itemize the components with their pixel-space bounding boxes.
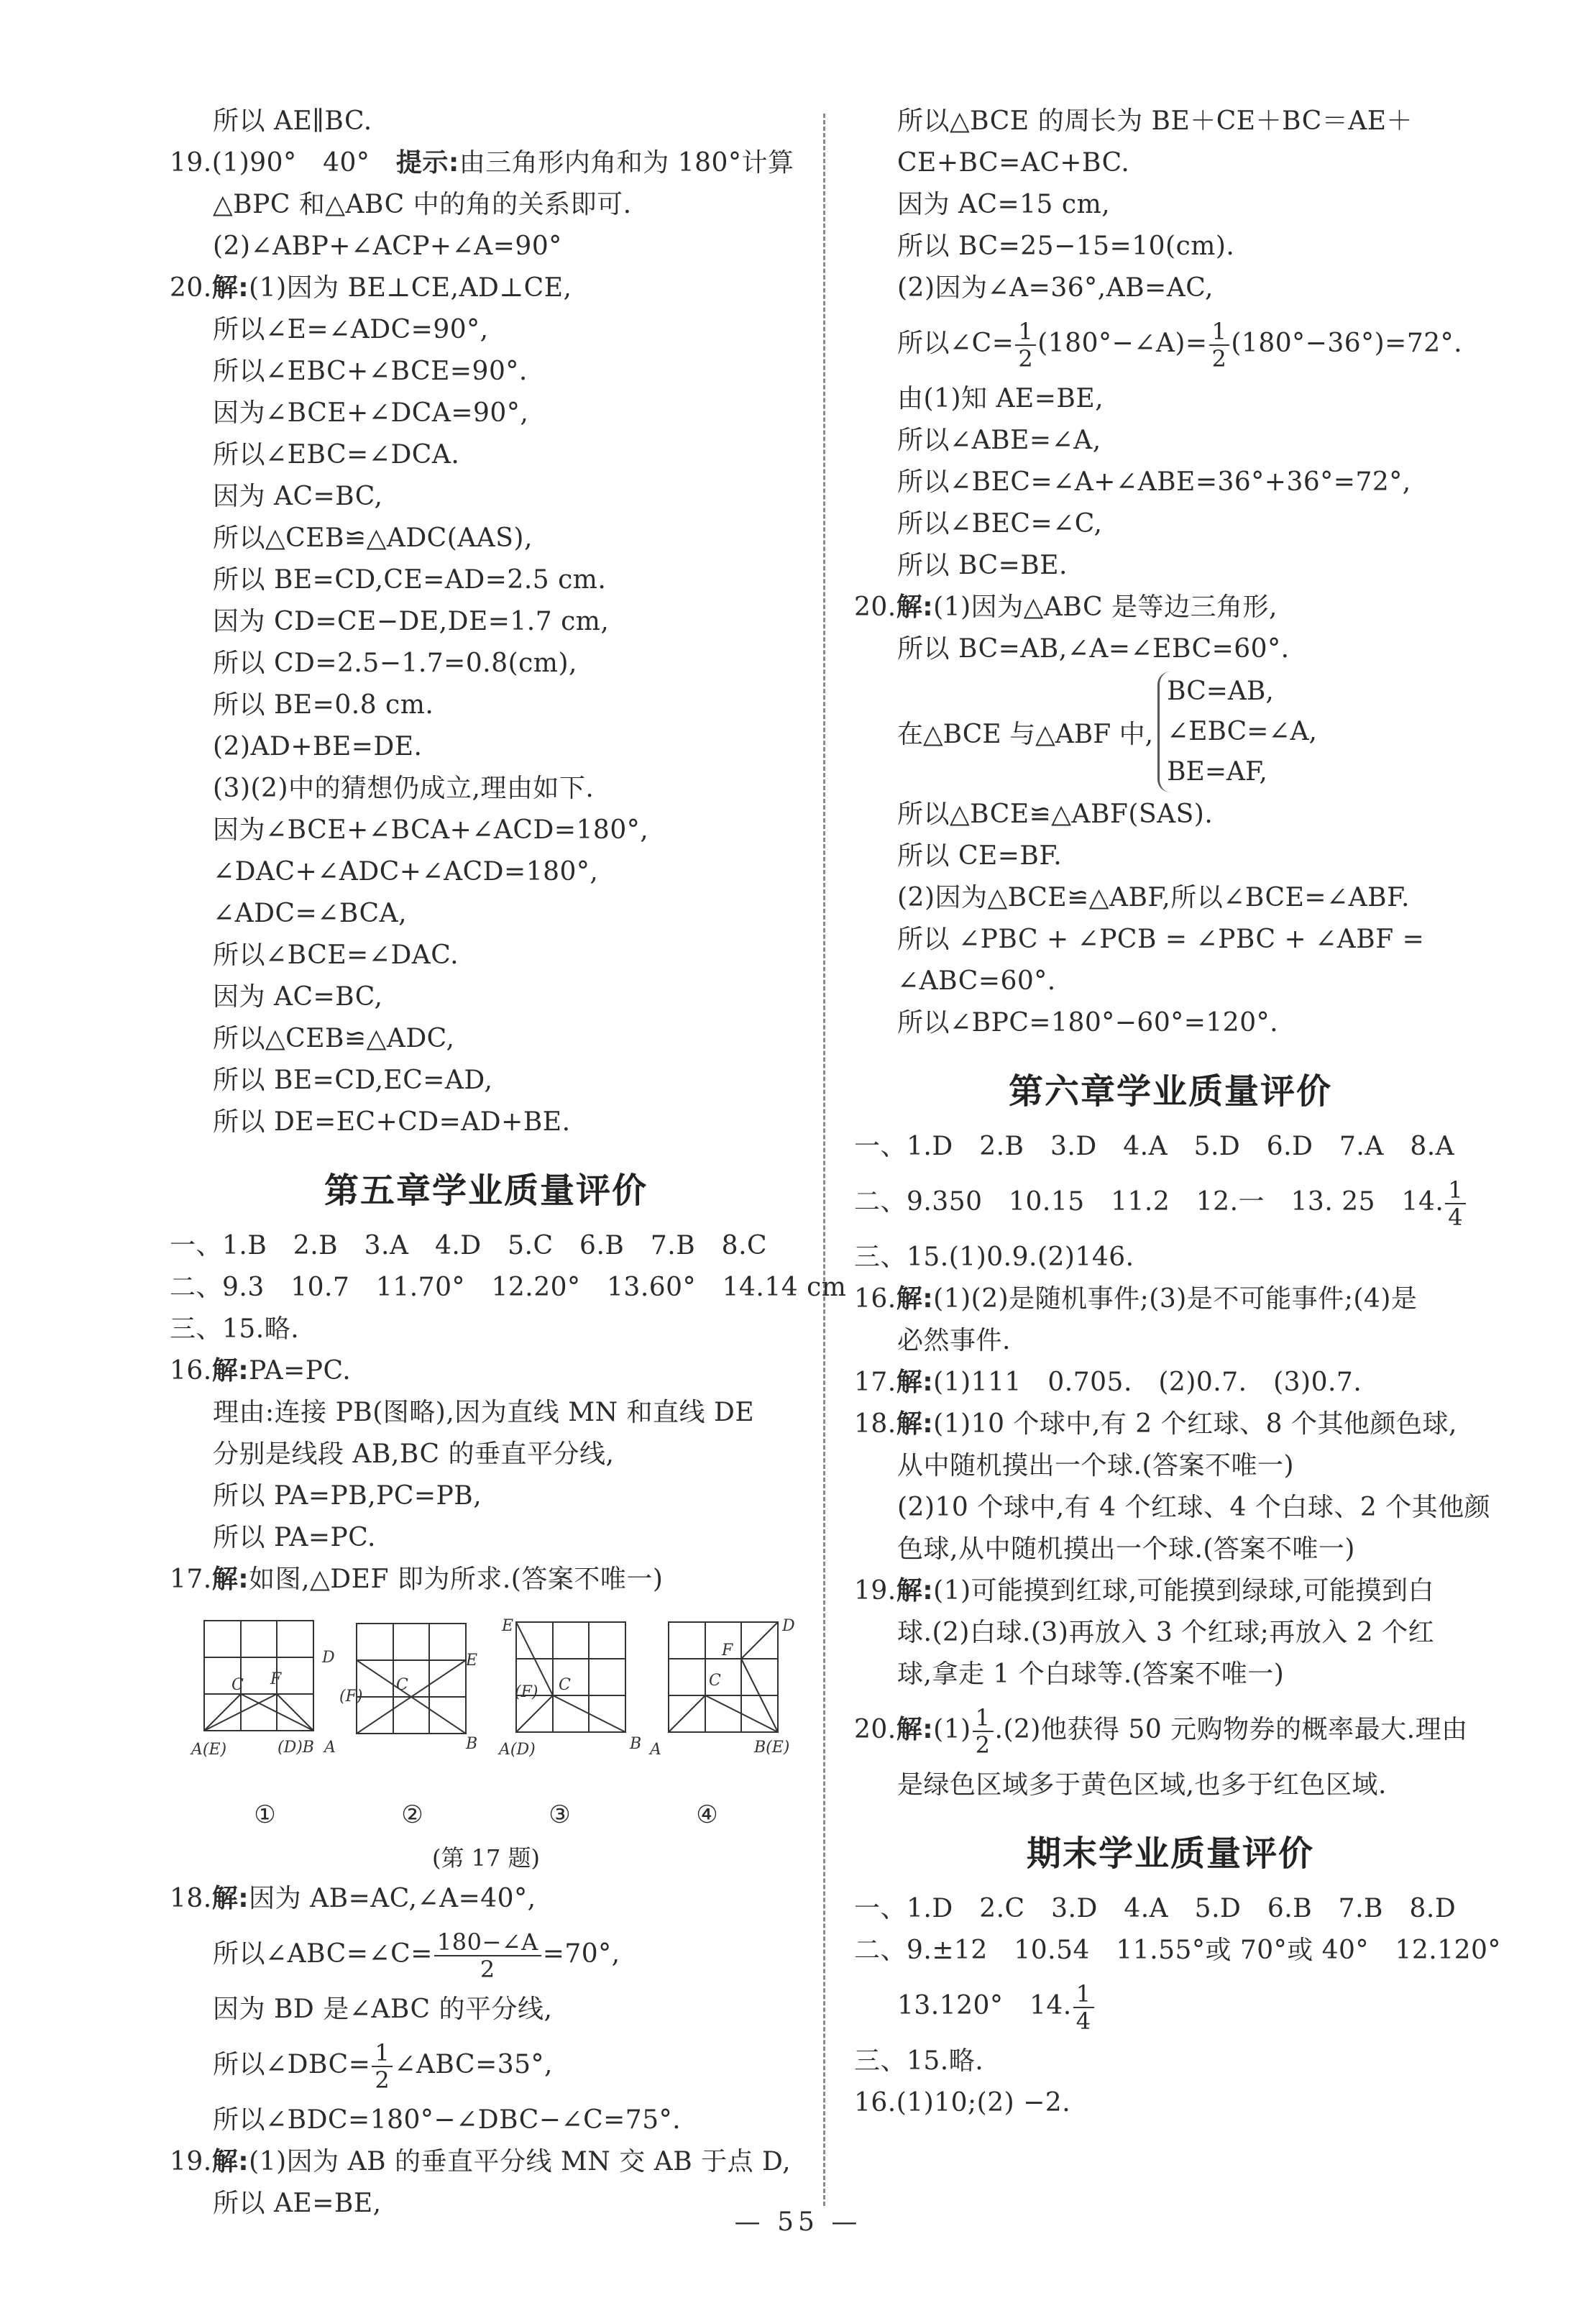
denominator: 2 xyxy=(372,2067,393,2093)
text-line: 因为 BD 是∠ABC 的平分线, xyxy=(170,1989,802,2030)
question-number: 17. xyxy=(170,1565,212,1594)
text-line: 所以∠E=∠ADC=90°, xyxy=(170,309,802,351)
text-line: 所以△CEB≌△ADC, xyxy=(170,1018,802,1060)
fraction: 14 xyxy=(1445,1177,1466,1230)
point-label: A xyxy=(323,1739,336,1757)
answer-text: 如图,△DEF 即为所求.(答案不唯一) xyxy=(249,1565,663,1594)
right-column: 所以△BCE 的周长为 BE＋CE＋BC＝AE＋ CE+BC=AC+BC. 因为… xyxy=(854,101,1487,2124)
q19-line: 19.解:(1)可能摸到红球,可能摸到绿球,可能摸到白 xyxy=(854,1570,1487,1612)
solution-label: 解: xyxy=(896,1715,933,1744)
brace-conditions: BC=AB, ∠EBC=∠A, BE=AF, xyxy=(1157,672,1317,792)
text: .(2)他获得 50 元购物券的概率最大.理由 xyxy=(995,1715,1468,1744)
numerator: 1 xyxy=(1209,319,1230,346)
text-line: 所以 BE=0.8 cm. xyxy=(170,685,802,726)
text-line: 所以△BCE≌△ABF(SAS). xyxy=(854,794,1487,835)
text: 所以∠ABC=∠C= xyxy=(213,1939,433,1969)
solution-label: 解: xyxy=(212,1884,249,1913)
text-line: (3)(2)中的猜想仍成立,理由如下. xyxy=(170,768,802,810)
text-line: 所以 BC=25−15=10(cm). xyxy=(854,226,1487,267)
figure-label: ③ xyxy=(549,1792,570,1838)
text: 13.120° 14. xyxy=(897,1991,1072,2020)
q19-line: 19.解:(1)因为 AB 的垂直平分线 MN 交 AB 于点 D, xyxy=(170,2141,802,2183)
fraction-line: 所以∠ABC=∠C=180−∠A2=70°, xyxy=(170,1920,802,1989)
text-line: 色球,从中随机摸出一个球.(答案不唯一) xyxy=(854,1529,1487,1570)
text: =70°, xyxy=(543,1939,620,1969)
text-line: 是绿色区域多于黄色区域,也多于红色区域. xyxy=(854,1764,1487,1806)
question-number: 18. xyxy=(854,1409,896,1439)
point-label: (F) xyxy=(515,1683,538,1701)
text-line: 由(1)知 AE=BE, xyxy=(854,378,1487,420)
text-line: 所以∠EBC+∠BCE=90°. xyxy=(170,351,802,393)
point-label: C xyxy=(231,1676,244,1694)
fill-answers: 二、9.350 10.15 11.2 12.一 13. 25 14.14 xyxy=(854,1168,1487,1237)
fill-answers-cont: 13.120° 14.14 xyxy=(854,1972,1487,2041)
mc-answers: 一、1.B 2.B 3.A 4.D 5.C 6.B 7.B 8.C xyxy=(170,1225,802,1267)
point-label: E xyxy=(501,1617,513,1635)
text-line: 所以∠BCE=∠DAC. xyxy=(170,935,802,976)
text-line: (2)因为△BCE≌△ABF,所以∠BCE=∠ABF. xyxy=(854,877,1487,919)
fraction: 14 xyxy=(1073,1981,1094,2034)
text-line: 所以∠BEC=∠C, xyxy=(854,503,1487,545)
question-number: 19. xyxy=(854,1576,896,1606)
part3-answers: 三、15.略. xyxy=(170,1309,802,1350)
text-line: ∠ADC=∠BCA, xyxy=(170,893,802,935)
column-divider xyxy=(823,114,825,2206)
text-line: 因为 AC=15 cm, xyxy=(854,184,1487,226)
q18-line: 18.解:因为 AB=AC,∠A=40°, xyxy=(170,1878,802,1920)
solution-label: 解: xyxy=(896,1576,933,1606)
point-label: C xyxy=(709,1672,721,1690)
question-number: 20. xyxy=(854,1715,896,1744)
text-line: 所以 ∠PBC + ∠PCB = ∠PBC + ∠ABF = xyxy=(854,919,1487,961)
question-number: 19. xyxy=(170,148,212,178)
text-line: 所以 CD=2.5−1.7=0.8(cm), xyxy=(170,643,802,685)
fill-answers: 二、9.±12 10.54 11.55°或 70°或 40° 12.120° xyxy=(854,1930,1487,1972)
section-title-final: 期末学业质量评价 xyxy=(854,1819,1487,1888)
hint-label: 提示: xyxy=(396,148,459,178)
question-number: 18. xyxy=(170,1884,212,1913)
denominator: 4 xyxy=(1445,1204,1466,1230)
question-number: 20. xyxy=(854,592,896,622)
text-line: 因为∠BCE+∠DCA=90°, xyxy=(170,393,802,434)
point-label: A(E) xyxy=(190,1741,226,1759)
point-label: F xyxy=(721,1642,733,1659)
q20-line: 20.解:(1)因为 BE⊥CE,AD⊥CE, xyxy=(170,267,802,309)
text-line: 所以 BE=CD,CE=AD=2.5 cm. xyxy=(170,559,802,601)
fraction: 12 xyxy=(973,1705,994,1758)
text-line: 所以△CEB≌△ADC(AAS), xyxy=(170,518,802,559)
point-label: F xyxy=(270,1670,282,1688)
point-label: (F) xyxy=(339,1688,362,1705)
text: 所以∠DBC= xyxy=(213,2050,370,2079)
page-number: — 55 — xyxy=(0,2207,1596,2237)
point-label: D xyxy=(321,1649,335,1667)
numerator: 180−∠A xyxy=(434,1929,541,1956)
text-line: 分别是线段 AB,BC 的垂直平分线, xyxy=(170,1434,802,1475)
answer-text: (1)111 0.705. (2)0.7. (3)0.7. xyxy=(933,1368,1362,1397)
text-line: 所以 AE∥BC. xyxy=(170,101,802,142)
point-label: B(E) xyxy=(753,1739,789,1757)
text-line: 所以 CE=BF. xyxy=(854,835,1487,877)
denominator: 4 xyxy=(1073,2008,1094,2034)
text-line: (2)10 个球中,有 4 个红球、4 个白球、2 个其他颜 xyxy=(854,1487,1487,1529)
text-line: (2)因为∠A=36°,AB=AC, xyxy=(854,267,1487,309)
q16-line: 16.(1)10;(2) −2. xyxy=(854,2082,1487,2124)
grid-figures-diagram: A(E) (D)B C F A B E D (F) C A(D) B E (F)… xyxy=(170,1605,802,1792)
text-line: 所以 PA=PC. xyxy=(170,1517,802,1559)
text-line: 所以∠BDC=180°−∠DBC−∠C=75°. xyxy=(170,2100,802,2141)
figure-label: ④ xyxy=(696,1792,717,1838)
point-label: D xyxy=(781,1617,795,1635)
point-label: E xyxy=(465,1652,477,1670)
text: (1) xyxy=(933,1715,971,1744)
fraction: 180−∠A2 xyxy=(434,1929,541,1982)
q20-line: 20.解:(1)因为△ABC 是等边三角形, xyxy=(854,587,1487,628)
numerator: 1 xyxy=(372,2040,393,2067)
question-number: 20. xyxy=(170,273,212,303)
question-number: 16. xyxy=(854,1284,896,1314)
mc-answers: 一、1.D 2.B 3.D 4.A 5.D 6.D 7.A 8.A xyxy=(854,1126,1487,1168)
fraction-line: 所以∠C=12(180°−∠A)=12(180°−36°)=72°. xyxy=(854,309,1487,378)
q16-line: 16.解:(1)(2)是随机事件;(3)是不可能事件;(4)是 xyxy=(854,1278,1487,1320)
answer-text: (1)因为△ABC 是等边三角形, xyxy=(933,592,1278,622)
text: (180°−36°)=72°. xyxy=(1231,329,1462,358)
figure-1 xyxy=(204,1621,313,1731)
mc-answers: 一、1.D 2.C 3.D 4.A 5.D 6.B 7.B 8.D xyxy=(854,1888,1487,1930)
fraction: 12 xyxy=(1015,319,1036,372)
text-line: 球.(2)白球.(3)再放入 3 个红球;再放入 2 个红 xyxy=(854,1612,1487,1654)
section-title-ch5: 第五章学业质量评价 xyxy=(170,1156,802,1225)
left-column: 所以 AE∥BC. 19.(1)90° 40° 提示:由三角形内角和为 180°… xyxy=(170,101,802,2225)
solution-label: 解: xyxy=(212,1565,249,1594)
text-line: 所以 BE=CD,EC=AD, xyxy=(170,1060,802,1102)
point-label: A xyxy=(648,1741,661,1759)
point-label: C xyxy=(559,1676,571,1694)
text-line: 所以∠BEC=∠A+∠ABE=36°+36°=72°, xyxy=(854,462,1487,503)
figure-label: ① xyxy=(254,1792,275,1838)
question-number: 16. xyxy=(170,1356,212,1386)
solution-label: 解: xyxy=(896,1284,933,1314)
denominator: 2 xyxy=(434,1956,541,1982)
answer-text: (1)(2)是随机事件;(3)是不可能事件;(4)是 xyxy=(933,1284,1417,1314)
answer-text: (1)90° 40° xyxy=(212,148,396,178)
solution-label: 解: xyxy=(896,592,933,622)
solution-label: 解: xyxy=(212,273,249,303)
text-line: 所以 BC=AB,∠A=∠EBC=60°. xyxy=(854,628,1487,670)
numerator: 1 xyxy=(1015,319,1036,346)
figure-number-labels: ① ② ③ ④ xyxy=(170,1792,802,1838)
text-line: ∠ABC=60°. xyxy=(854,961,1487,1002)
text-line: ∠DAC+∠ADC+∠ACD=180°, xyxy=(170,851,802,893)
text-line: 因为∠BCE+∠BCA+∠ACD=180°, xyxy=(170,810,802,851)
text-line: 因为 CD=CE−DE,DE=1.7 cm, xyxy=(170,601,802,643)
figure-2 xyxy=(357,1624,466,1734)
text: 二、9.350 10.15 11.2 12.一 13. 25 14. xyxy=(854,1187,1444,1217)
q18-line: 18.解:(1)10 个球中,有 2 个红球、8 个其他颜色球, xyxy=(854,1404,1487,1445)
denominator: 2 xyxy=(973,1732,994,1758)
fraction-line: 所以∠DBC=12∠ABC=35°, xyxy=(170,2030,802,2100)
solution-label: 解: xyxy=(212,2147,249,2176)
numerator: 1 xyxy=(1073,1981,1094,2008)
q17-figures: A(E) (D)B C F A B E D (F) C A(D) B E (F)… xyxy=(170,1605,802,1792)
section-title-ch6: 第六章学业质量评价 xyxy=(854,1057,1487,1126)
q20-line: 20.解:(1)12.(2)他获得 50 元购物券的概率最大.理由 xyxy=(854,1695,1487,1764)
point-label: B xyxy=(629,1735,641,1753)
text-line: 所以 BC=BE. xyxy=(854,545,1487,587)
condition: BE=AF, xyxy=(1167,752,1317,792)
text: 所以∠C= xyxy=(897,329,1014,358)
q17-line: 17.解:(1)111 0.705. (2)0.7. (3)0.7. xyxy=(854,1362,1487,1404)
figure-label: ② xyxy=(401,1792,423,1838)
numerator: 1 xyxy=(1445,1177,1466,1204)
text: 在△BCE 与△ABF 中, xyxy=(897,714,1153,751)
text-line: 因为 AC=BC, xyxy=(170,476,802,518)
text-line: (2)∠ABP+∠ACP+∠A=90° xyxy=(170,226,802,267)
answer-text: (1)10 个球中,有 2 个红球、8 个其他颜色球, xyxy=(933,1409,1457,1439)
point-label: A(D) xyxy=(497,1741,536,1759)
figure-caption: (第 17 题) xyxy=(170,1838,802,1878)
numerator: 1 xyxy=(973,1705,994,1732)
question-number: 19. xyxy=(170,2147,212,2176)
solution-label: 解: xyxy=(896,1368,933,1397)
point-label: (D)B xyxy=(278,1739,314,1757)
hint-text: 由三角形内角和为 180°计算 xyxy=(459,148,794,178)
condition: BC=AB, xyxy=(1167,672,1317,712)
text: ∠ABC=35°, xyxy=(394,2050,553,2079)
solution-label: 解: xyxy=(896,1409,933,1439)
text-line: 从中随机摸出一个球.(答案不唯一) xyxy=(854,1445,1487,1487)
figure-3-grid xyxy=(516,1622,625,1732)
text-line: 所以∠EBC=∠DCA. xyxy=(170,434,802,476)
q17-line: 17.解:如图,△DEF 即为所求.(答案不唯一) xyxy=(170,1559,802,1601)
text-line: 所以∠BPC=180°−60°=120°. xyxy=(854,1002,1487,1044)
text-line: 球,拿走 1 个白球等.(答案不唯一) xyxy=(854,1654,1487,1695)
fill-answers: 二、9.3 10.7 11.70° 12.20° 13.60° 14.14 cm xyxy=(170,1267,802,1309)
answer-text: (1)可能摸到红球,可能摸到绿球,可能摸到白 xyxy=(933,1576,1434,1606)
text: (180°−∠A)= xyxy=(1037,329,1207,358)
text-line: 所以∠ABE=∠A, xyxy=(854,420,1487,462)
part3-answers: 三、15.(1)0.9.(2)146. xyxy=(854,1237,1487,1278)
text-line: 所以 DE=EC+CD=AD+BE. xyxy=(170,1102,802,1143)
text-line: CE+BC=AC+BC. xyxy=(854,142,1487,184)
answer-text: 因为 AB=AC,∠A=40°, xyxy=(249,1884,536,1913)
fraction: 12 xyxy=(372,2040,393,2093)
point-label: C xyxy=(396,1676,408,1694)
solution-label: 解: xyxy=(212,1356,249,1386)
question-number: 17. xyxy=(854,1368,896,1397)
point-label: B xyxy=(465,1735,477,1753)
fraction: 12 xyxy=(1209,319,1230,372)
condition: ∠EBC=∠A, xyxy=(1167,712,1317,752)
answer-text: PA=PC. xyxy=(249,1356,351,1386)
text-line: 所以 PA=PB,PC=PB, xyxy=(170,1475,802,1517)
figure-4-grid xyxy=(669,1622,778,1732)
denominator: 2 xyxy=(1209,346,1230,372)
brace-system: 在△BCE 与△ABF 中, BC=AB, ∠EBC=∠A, BE=AF, xyxy=(854,670,1487,794)
q16-line: 16.解:PA=PC. xyxy=(170,1350,802,1392)
denominator: 2 xyxy=(1015,346,1036,372)
q19-line: 19.(1)90° 40° 提示:由三角形内角和为 180°计算 xyxy=(170,142,802,184)
text-line: 理由:连接 PB(图略),因为直线 MN 和直线 DE xyxy=(170,1392,802,1434)
text-line: 所以△BCE 的周长为 BE＋CE＋BC＝AE＋ xyxy=(854,101,1487,142)
text-line: 因为 AC=BC, xyxy=(170,976,802,1018)
answer-text: (1)因为 BE⊥CE,AD⊥CE, xyxy=(249,273,572,303)
text-line: 必然事件. xyxy=(854,1320,1487,1362)
text-line: (2)AD+BE=DE. xyxy=(170,726,802,768)
text-line: △BPC 和△ABC 中的角的关系即可. xyxy=(170,184,802,226)
part3-answers: 三、15.略. xyxy=(854,2041,1487,2082)
answer-text: (1)因为 AB 的垂直平分线 MN 交 AB 于点 D, xyxy=(249,2147,791,2176)
